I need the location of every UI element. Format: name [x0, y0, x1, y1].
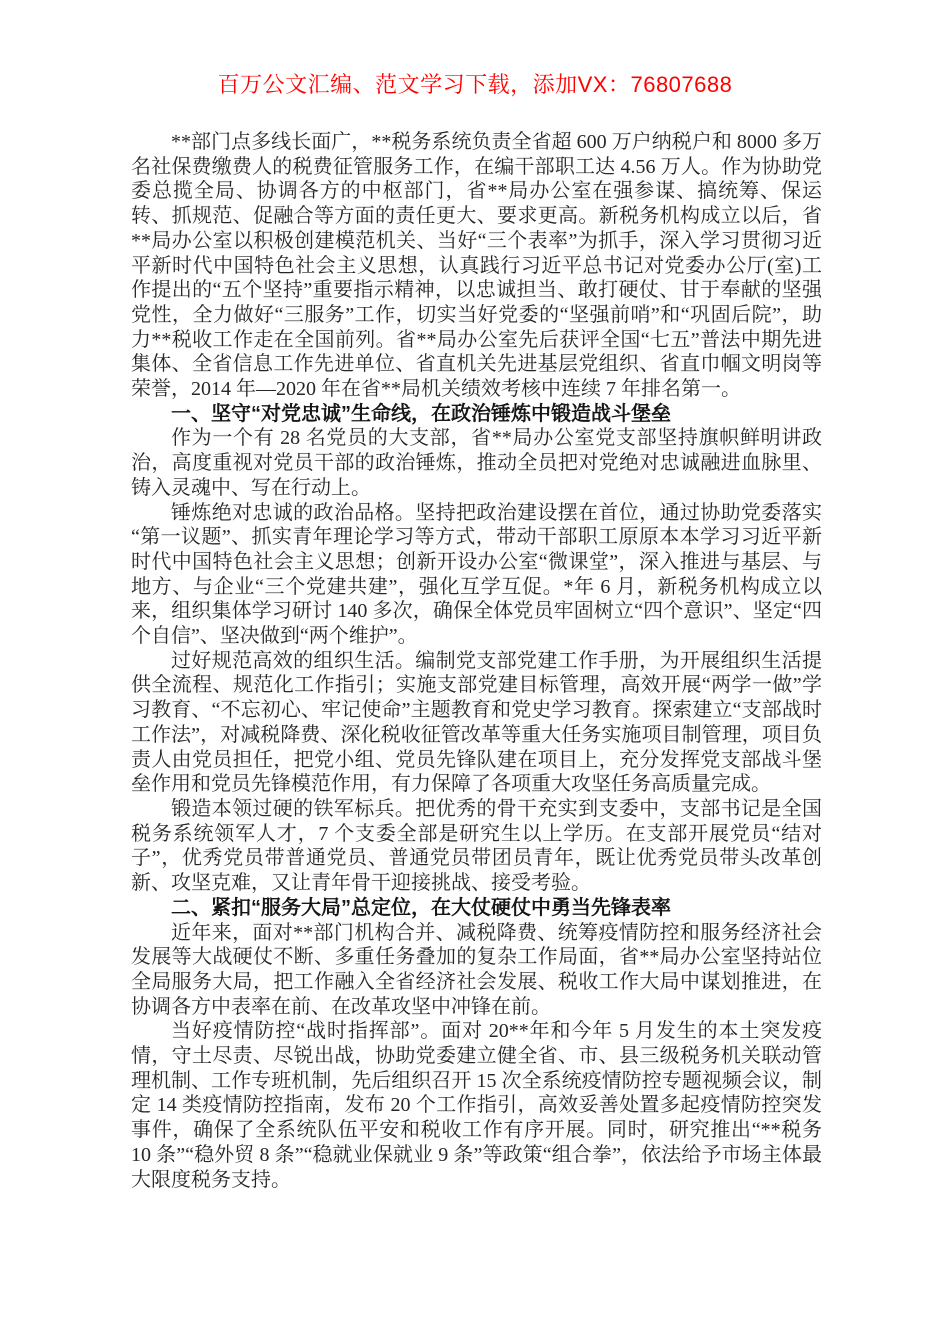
promo-banner: 百万公文汇编、范文学习下载，添加VX：76807688	[0, 0, 950, 100]
section-heading-1: 一、坚守“对党忠诚”生命线，在政治锤炼中锻造战斗堡垒	[131, 402, 822, 427]
doc-paragraph-7: 当好疫情防控“战时指挥部”。面对 20**年和今年 5 月发生的本土突发疫情，守…	[131, 1019, 822, 1192]
section-heading-2: 二、紧扣“服务大局”总定位，在大仗硬仗中勇当先锋表率	[131, 896, 822, 921]
doc-paragraph-4: 过好规范高效的组织生活。编制党支部党建工作手册，为开展组织生活提供全流程、规范化…	[131, 649, 822, 797]
doc-paragraph-2: 作为一个有 28 名党员的大支部，省**局办公室党支部坚持旗帜鲜明讲政治，高度重…	[131, 426, 822, 500]
doc-paragraph-5: 锻造本领过硬的铁军标兵。把优秀的骨干充实到支委中，支部书记是全国税务系统领军人才…	[131, 797, 822, 896]
doc-paragraph-1: **部门点多线长面广，**税务系统负责全省超 600 万户纳税户和 8000 多…	[131, 130, 822, 402]
doc-paragraph-3: 锤炼绝对忠诚的政治品格。坚持把政治建设摆在首位，通过协助党委落实“第一议题”、抓…	[131, 501, 822, 649]
doc-paragraph-6: 近年来，面对**部门机构合并、减税降费、统筹疫情防控和服务经济社会发展等大战硬仗…	[131, 921, 822, 1020]
document-page: 百万公文汇编、范文学习下载，添加VX：76807688 **部门点多线长面广，*…	[0, 0, 950, 1344]
document-body: **部门点多线长面广，**税务系统负责全省超 600 万户纳税户和 8000 多…	[131, 130, 822, 1192]
